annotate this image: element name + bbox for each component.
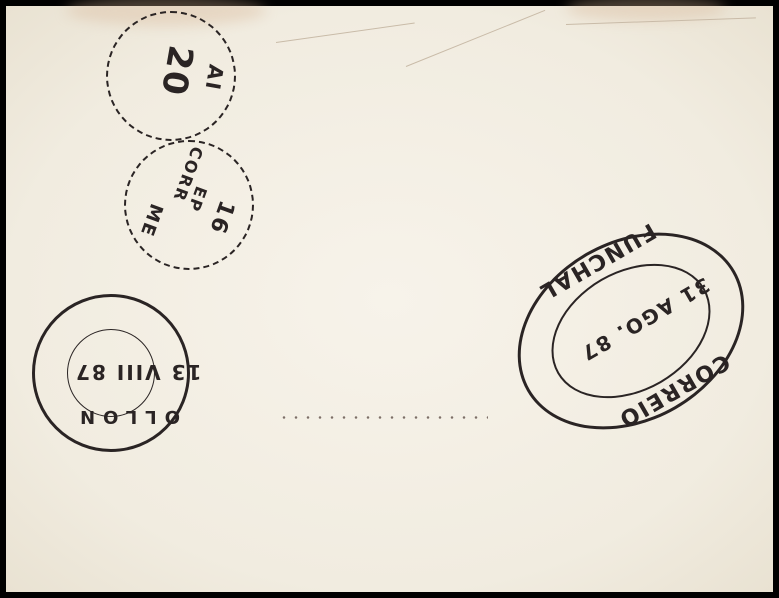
postmark-text: AI xyxy=(200,63,228,94)
flap-edge xyxy=(406,10,545,67)
postmark-top: 20 AI xyxy=(106,11,236,141)
postmark-ollon: 13 VIII 87 OLLON xyxy=(32,294,190,452)
postmark-middle: ME CORR EP 16 xyxy=(124,140,254,270)
stain xyxy=(566,0,726,21)
postmark-date: 13 VIII 87 xyxy=(74,360,201,384)
perforation-line xyxy=(278,416,488,419)
flap-edge xyxy=(276,23,415,43)
postmark-funchal: 31 AGO. 87 FUNCHAL CORREIO xyxy=(458,162,779,500)
postmark-town: OLLON xyxy=(72,406,180,427)
envelope-back: 20 AI ME CORR EP 16 13 VIII 87 OLLON 31 … xyxy=(6,6,773,592)
